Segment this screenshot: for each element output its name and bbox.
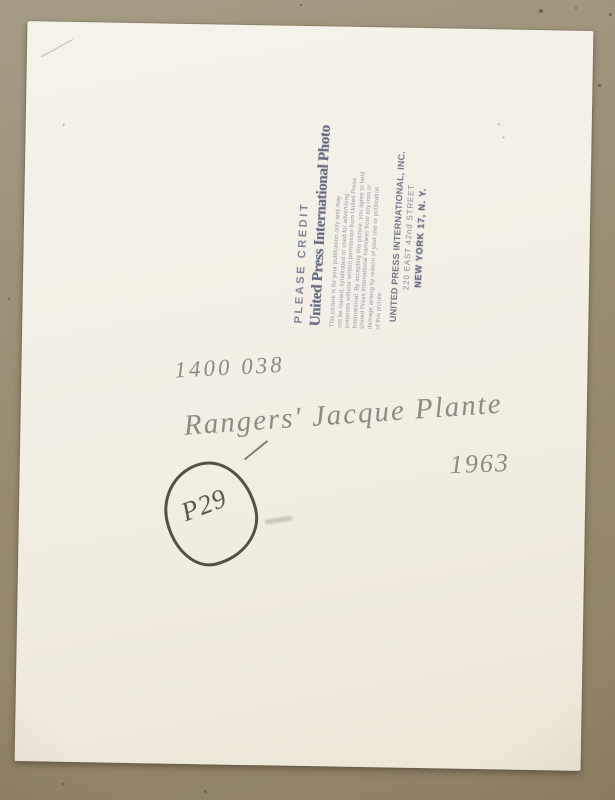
cardboard-speck [62,783,64,785]
pencil-smudge [265,515,293,524]
stamp-fine-print: This picture is for your publication onl… [329,107,394,329]
paper-scratch [41,39,73,57]
handwritten-negative-number: 1400 038 [174,352,285,384]
cardboard-speck [539,9,543,13]
cardboard-speck [598,84,601,87]
upi-stamp: PLEASE CREDIT United Press International… [285,105,456,333]
handwritten-caption: Rangers' Jacque Plante [183,388,504,443]
paper-fleck [503,136,505,138]
paper-fleck [63,124,65,126]
handwritten-page-code: P29 [177,482,232,528]
handwritten-year: 1963 [449,448,510,480]
cardboard-speck [609,13,612,16]
photo-paper: PLEASE CREDIT United Press International… [15,21,594,771]
pencil-stroke [244,440,269,460]
cardboard-speck [8,298,10,300]
circled-page-code: P29 [154,452,267,574]
paper-fleck [498,123,500,125]
photo-verso-scene: PLEASE CREDIT United Press International… [0,0,615,800]
cardboard-speck [575,7,577,9]
cardboard-speck [204,790,207,793]
cardboard-speck [300,4,302,6]
stamp-address-block: UNITED PRESS INTERNATIONAL, INC. 220 EAS… [387,142,430,331]
